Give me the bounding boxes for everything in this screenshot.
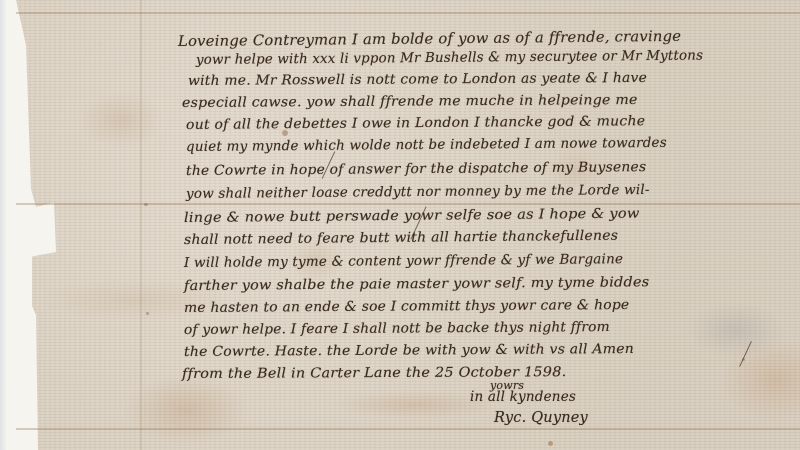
closing-kindness: in all kyndenes (470, 389, 576, 405)
letter-line: especiall cawse. yow shall ffrende me mu… (182, 92, 638, 111)
ink-spot (548, 441, 553, 446)
fold-line-vertical (140, 0, 142, 450)
letter-line: with me. Mr Rosswell is nott come to Lon… (188, 70, 647, 89)
letter-line: the Cowrte. Haste. the Lorde be with yow… (184, 341, 634, 360)
fold-line-middle (16, 203, 800, 205)
fold-line-top (16, 12, 800, 14)
paper-sheet (16, 0, 800, 450)
fold-line-bottom (16, 428, 800, 430)
signature: Ryc. Quyney (494, 410, 588, 426)
letter-line: me hasten to an ende & soe I committ thy… (184, 297, 629, 316)
ink-spot (144, 203, 148, 206)
background-edge (0, 0, 6, 450)
ink-spot (146, 312, 149, 315)
manuscript-photo: Loveinge Contreyman I am bolde of yow as… (0, 0, 800, 450)
letter-line: of yowr helpe. I feare I shall nott be b… (184, 319, 610, 338)
